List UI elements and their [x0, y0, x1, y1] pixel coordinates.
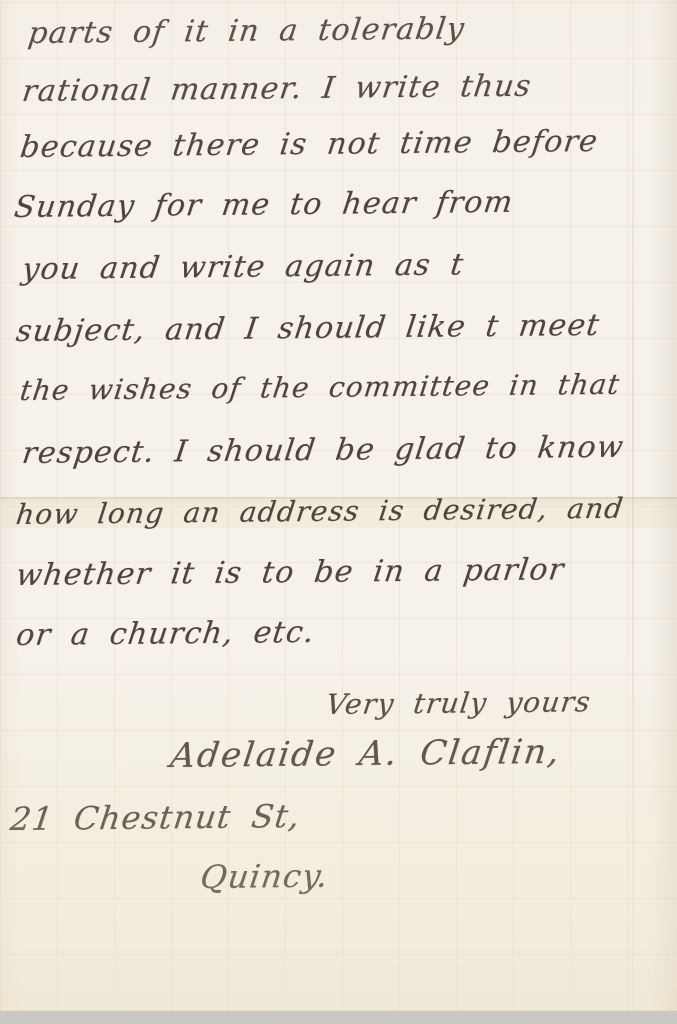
city-line: Quincy.: [198, 857, 331, 897]
letter-line: rational manner. I write thus: [20, 69, 534, 110]
signature-line: Adelaide A. Claflin,: [168, 732, 563, 777]
scanned-letter-page: parts of it in a tolerably rational mann…: [0, 0, 677, 1024]
address-line: 21 Chestnut St,: [8, 797, 303, 838]
letter-line: respect. I should be glad to know: [20, 430, 626, 472]
letter-line: you and write again as t: [20, 247, 466, 288]
letter-line: the wishes of the committee in that: [18, 368, 622, 408]
letter-paper: parts of it in a tolerably rational mann…: [0, 0, 677, 1011]
letter-line: parts of it in a tolerably: [26, 11, 467, 52]
letter-line: subject, and I should like t meet: [14, 308, 602, 350]
closing-line: Very truly yours: [324, 685, 593, 721]
letter-line: Sunday for me to hear from: [12, 185, 516, 226]
letter-line: because there is not time before: [18, 124, 600, 166]
letter-line: or a church, etc.: [14, 615, 317, 654]
vertical-fold-line: [632, 0, 634, 1011]
letter-line: whether it is to be in a parlor: [14, 552, 567, 594]
letter-line: how long an address is desired, and: [14, 492, 626, 532]
scanner-background-strip: [0, 1011, 677, 1024]
